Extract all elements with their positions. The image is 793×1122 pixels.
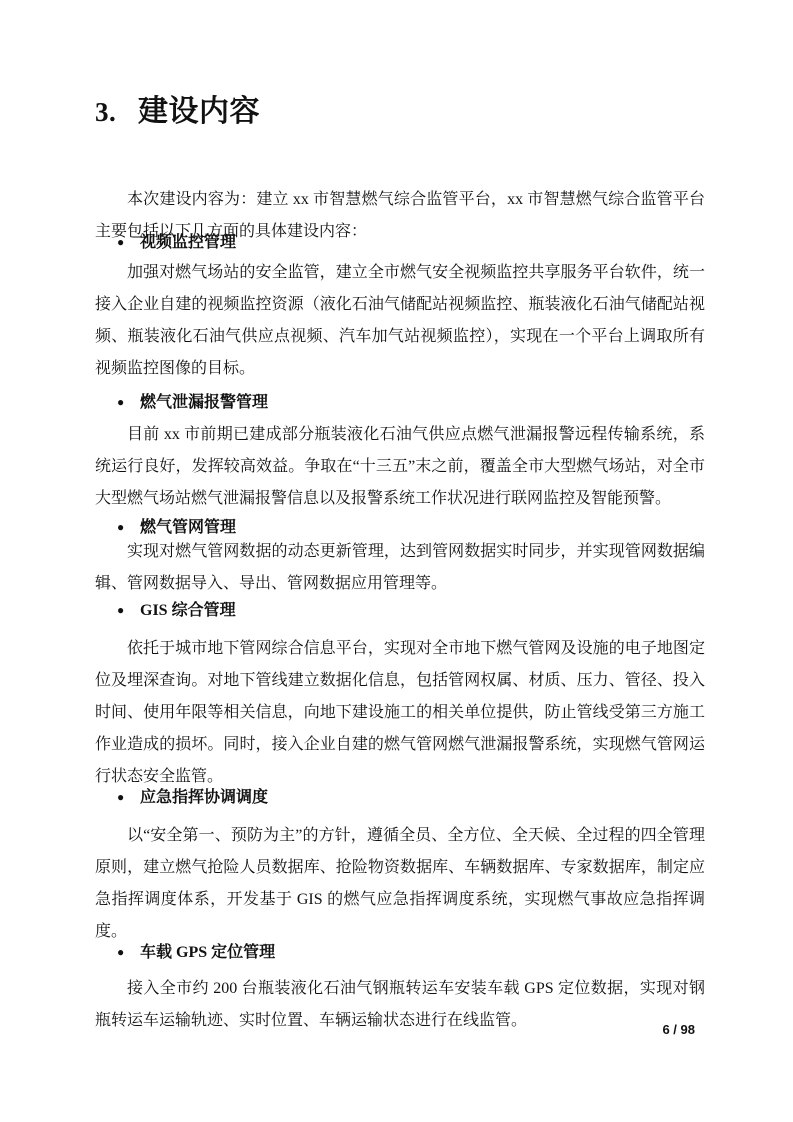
document-page: 3.建设内容 本次建设内容为：建立 xx 市智慧燃气综合监管平台，xx 市智慧燃… [0,0,793,1122]
heading-text: 建设内容 [138,95,260,128]
section-body-paragraph: 实现对燃气管网数据的动态更新管理，达到管网数据实时同步，并实现管网数据编辑、管网… [95,536,705,600]
section-heading-text: 车载 GPS 定位管理 [140,944,275,961]
section-heading-text: 视频监控管理 [140,234,236,251]
section-heading-text: 应急指挥协调调度 [140,789,268,806]
section-heading-text: 燃气管网管理 [140,519,236,536]
document-section: ●车载 GPS 定位管理 接入全市约 200 台瓶装液化石油气钢瓶转运车安装车载… [95,936,705,1037]
document-section: ●GIS 综合管理 依托于城市地下管网综合信息平台，实现对全市地下燃气管网及设施… [95,594,705,793]
bullet-icon: ● [95,936,140,968]
section-heading-text: GIS 综合管理 [140,602,236,619]
section-body-paragraph: 加强对燃气场站的安全监管，建立全市燃气安全视频监控共享服务平台软件，统一接入企业… [95,257,705,385]
bullet-icon: ● [95,386,140,418]
page-title: 3.建设内容 [95,92,260,132]
section-body-paragraph: 依托于城市地下管网综合信息平台，实现对全市地下燃气管网及设施的电子地图定位及埋深… [95,633,705,793]
section-heading: ●应急指挥协调调度 [95,781,705,814]
document-section: ●燃气泄漏报警管理 目前 xx 市前期已建成部分瓶装液化石油气供应点燃气泄漏报警… [95,386,705,515]
bullet-icon: ● [95,781,140,813]
page-number: 6 / 98 [662,1022,695,1037]
section-heading: ●燃气泄漏报警管理 [95,386,705,419]
section-body-paragraph: 接入全市约 200 台瓶装液化石油气钢瓶转运车安装车载 GPS 定位数据，实现对… [95,973,705,1037]
bullet-icon: ● [95,594,140,626]
document-section: ●应急指挥协调调度 以“安全第一、预防为主”的方针，遵循全员、全方位、全天候、全… [95,781,705,948]
section-heading: ●视频监控管理 [95,226,705,259]
section-body-paragraph: 以“安全第一、预防为主”的方针，遵循全员、全方位、全天候、全过程的四全管理原则，… [95,820,705,948]
section-body-paragraph: 目前 xx 市前期已建成部分瓶装液化石油气供应点燃气泄漏报警远程传输系统，系统运… [95,419,705,515]
bullet-icon: ● [95,226,140,258]
section-heading: ●GIS 综合管理 [95,594,705,627]
heading-number: 3. [95,92,138,132]
document-section: ●燃气管网管理 实现对燃气管网数据的动态更新管理，达到管网数据实时同步，并实现管… [95,511,705,600]
section-heading: ●车载 GPS 定位管理 [95,936,705,969]
document-section: ●视频监控管理 加强对燃气场站的安全监管，建立全市燃气安全视频监控共享服务平台软… [95,226,705,385]
section-heading-text: 燃气泄漏报警管理 [140,394,268,411]
